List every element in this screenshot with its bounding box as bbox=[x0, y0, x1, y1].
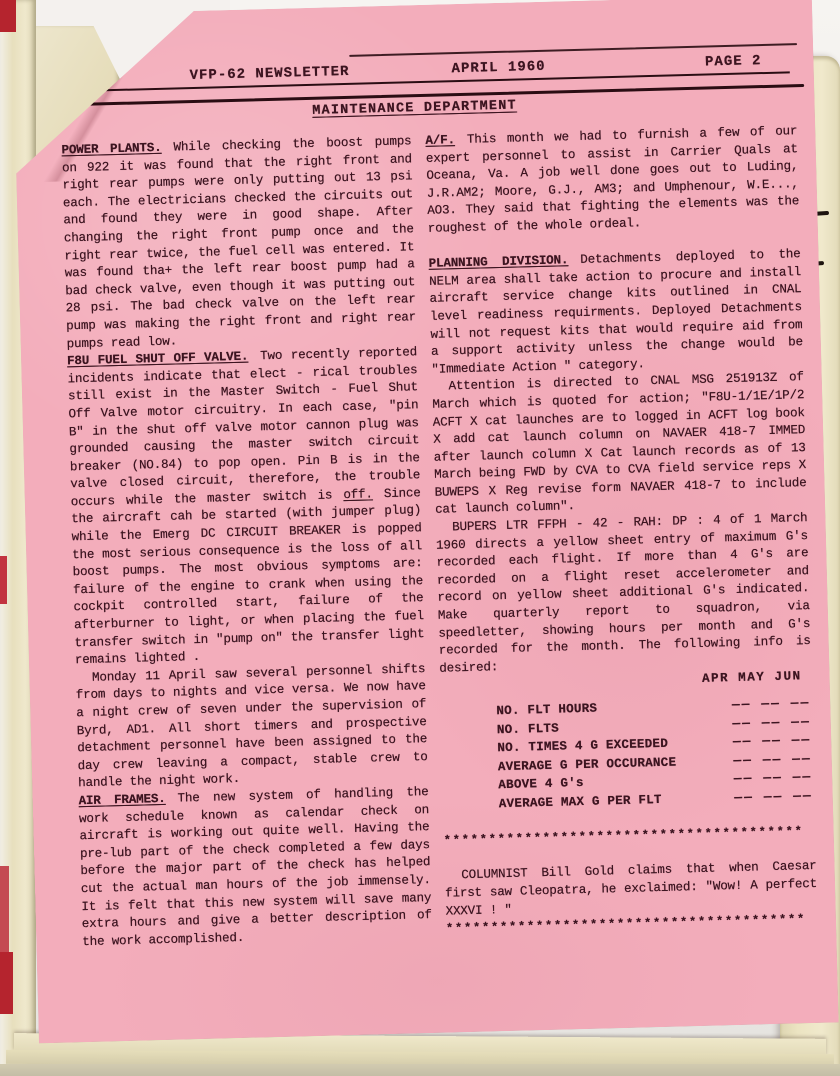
red-cover-sliver bbox=[0, 866, 9, 956]
heading-power-plants: POWER PLANTS. bbox=[61, 141, 161, 158]
right-column: A/F.This month we had to furnish a few o… bbox=[425, 123, 818, 942]
g-row-blanks: —— —— —— bbox=[732, 713, 813, 733]
heading-air-frames: AIR FRAMES. bbox=[78, 792, 165, 808]
body-fuel-valve-post: Since the aircraft cah be started (with … bbox=[71, 486, 424, 667]
red-cover-sliver bbox=[0, 556, 7, 604]
paragraph-attention: Attention is directed to CNAL MSG 251913… bbox=[432, 369, 808, 519]
heading-af: A/F. bbox=[425, 133, 455, 148]
red-cover-sliver bbox=[0, 0, 16, 32]
newsletter-title: VFP-62 NEWSLETTER bbox=[189, 64, 349, 84]
page-number: PAGE 2 bbox=[705, 53, 762, 70]
g-row-blanks: —— —— —— bbox=[733, 750, 814, 770]
body-power-plants: While checking the boost pumps on 922 it… bbox=[62, 134, 416, 351]
paragraph-af: A/F.This month we had to furnish a few o… bbox=[425, 123, 800, 238]
body-columns: POWER PLANTS.While checking the boost pu… bbox=[61, 123, 818, 951]
body-fuel-valve-pre: Two recently reported incidents indicate… bbox=[67, 345, 420, 509]
g-row-label: NO. FLTS bbox=[497, 720, 560, 739]
left-column: POWER PLANTS.While checking the boost pu… bbox=[61, 133, 432, 951]
g-row-blanks: —— —— —— bbox=[733, 731, 814, 751]
paragraph-air-frames: AIR FRAMES.The new system of handling th… bbox=[78, 784, 432, 951]
g-report-table: APR MAY JUN NO. FLT HOURS—— —— —— NO. FL… bbox=[440, 668, 815, 815]
paragraph-personnel: Monday 11 April saw several personnel sh… bbox=[75, 661, 428, 793]
g-row-blanks: —— —— —— bbox=[732, 694, 813, 714]
g-row-blanks: —— —— —— bbox=[734, 787, 815, 807]
underlined-word: off. bbox=[343, 487, 373, 502]
scan-bottom-shadow bbox=[0, 1064, 840, 1076]
heading-fuel-valve: F8U FUEL SHUT OFF VALVE. bbox=[67, 350, 248, 369]
paragraph-planning: PLANNING DIVISION.Detachments deployed t… bbox=[428, 246, 803, 379]
issue-date: APRIL 1960 bbox=[451, 59, 545, 77]
body-af: This month we had to furnish a few of ou… bbox=[426, 124, 800, 236]
paragraph-bupers: BUPERS LTR FFPH - 42 - RAH: DP : 4 of 1 … bbox=[435, 510, 811, 678]
paragraph-columnist: COLUMNIST Bill Gold claims that when Cae… bbox=[445, 858, 818, 921]
body-air-frames: The new system of handling the work sche… bbox=[79, 785, 432, 949]
g-row-label: ABOVE 4 G's bbox=[498, 775, 584, 795]
heading-planning: PLANNING DIVISION. bbox=[429, 253, 569, 271]
g-row-label: NO. FLT HOURS bbox=[496, 701, 597, 721]
red-cover-sliver bbox=[0, 952, 13, 1014]
newsletter-page: VFP-62 NEWSLETTER APRIL 1960 PAGE 2 MAIN… bbox=[12, 0, 839, 1043]
paragraph-power-plants: POWER PLANTS.While checking the boost pu… bbox=[61, 133, 416, 353]
g-row-blanks: —— —— —— bbox=[734, 768, 815, 788]
paragraph-fuel-valve: F8U FUEL SHUT OFF VALVE.Two recently rep… bbox=[67, 344, 425, 670]
masthead-row: VFP-62 NEWSLETTER APRIL 1960 PAGE 2 bbox=[59, 49, 789, 92]
